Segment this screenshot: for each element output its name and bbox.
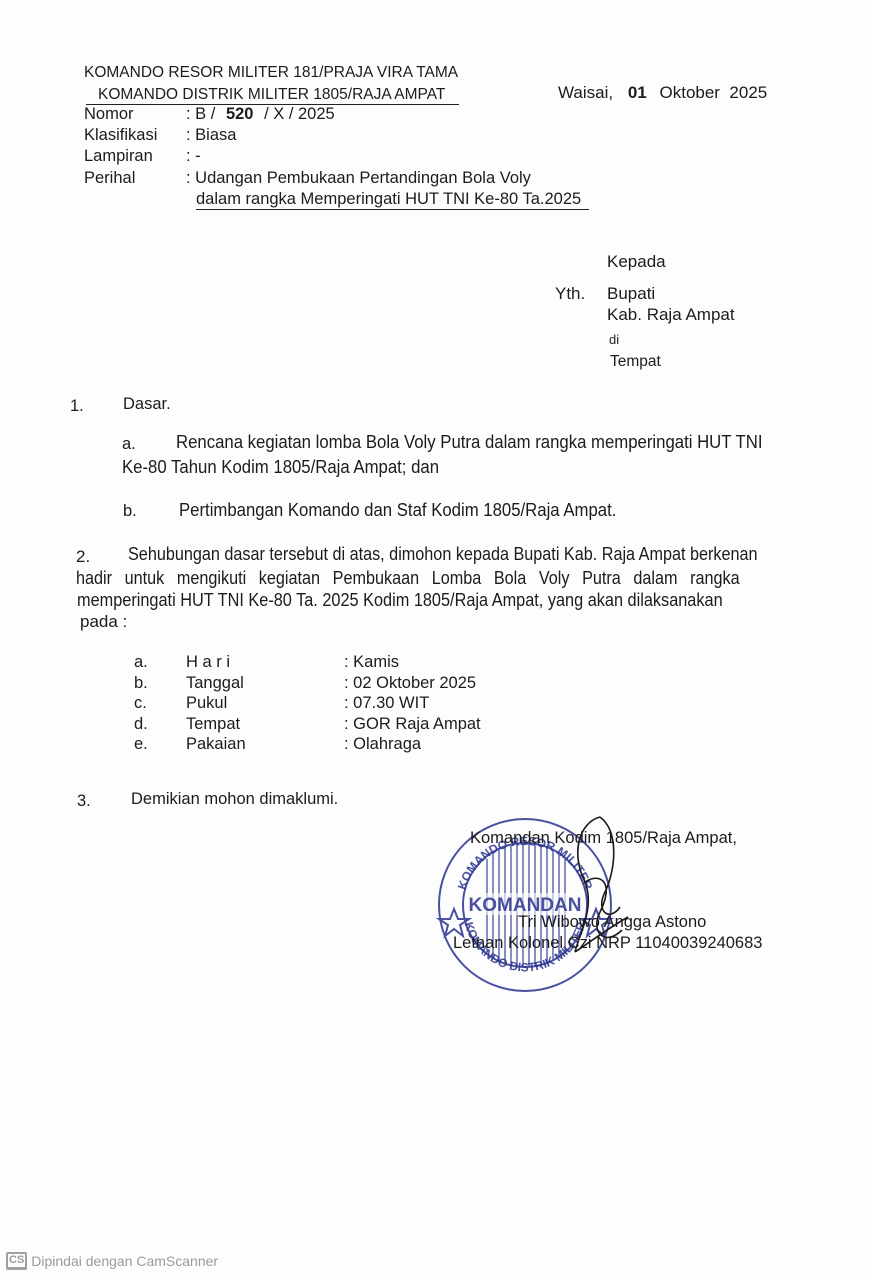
schedule-label: Pakaian	[186, 735, 246, 754]
nomor-label: Nomor	[84, 105, 134, 124]
para-1a-line-2: Ke-80 Tahun Kodim 1805/Raja Ampat; dan	[122, 457, 439, 478]
schedule-letter: e.	[134, 735, 148, 754]
recipient-kepada: Kepada	[607, 252, 666, 272]
camscanner-text: Dipindai dengan CamScanner	[31, 1253, 218, 1269]
date-month-year: Oktober 2025	[660, 83, 768, 102]
schedule-label: H a r i	[186, 653, 230, 672]
para-1a-label: a.	[122, 435, 136, 454]
camscanner-watermark: CS Dipindai dengan CamScanner	[6, 1252, 218, 1270]
schedule-label: Tanggal	[186, 674, 244, 693]
nomor-suffix: / X / 2025	[264, 105, 335, 123]
para-2-line-4: pada :	[80, 612, 127, 632]
schedule-value: : Olahraga	[344, 735, 421, 754]
header-line-1: KOMANDO RESOR MILITER 181/PRAJA VIRA TAM…	[84, 64, 458, 82]
nomor-prefix: : B /	[186, 105, 215, 123]
header-line-2: KOMANDO DISTRIK MILITER 1805/RAJA AMPAT	[86, 86, 459, 105]
schedule-value: : 07.30 WIT	[344, 694, 429, 713]
recipient-di: di	[609, 332, 619, 347]
nomor-value: : B / 520 / X / 2025	[186, 105, 335, 124]
para-1-number: 1.	[70, 397, 84, 416]
lampiran-value: : -	[186, 147, 201, 166]
para-2-number: 2.	[76, 547, 90, 567]
klasifikasi-value: : Biasa	[186, 126, 236, 145]
schedule-value: : GOR Raja Ampat	[344, 715, 481, 734]
para-3-number: 3.	[77, 792, 91, 811]
para-3-text: Demikian mohon dimaklumi.	[131, 790, 338, 809]
para-2-line-1: Sehubungan dasar tersebut di atas, dimoh…	[128, 544, 758, 565]
para-2-line-2: hadir untuk mengikuti kegiatan Pembukaan…	[76, 568, 740, 589]
para-1a-line-1: Rencana kegiatan lomba Bola Voly Putra d…	[176, 432, 763, 453]
schedule-letter: a.	[134, 653, 148, 672]
signature-name: Tri Wibowo Angga Astono	[518, 913, 706, 932]
recipient-tempat: Tempat	[610, 353, 661, 371]
schedule-label: Pukul	[186, 694, 227, 713]
schedule-letter: d.	[134, 715, 148, 734]
perihal-value-2: dalam rangka Memperingati HUT TNI Ke-80 …	[196, 190, 589, 210]
klasifikasi-label: Klasifikasi	[84, 126, 157, 145]
recipient-office: Kab. Raja Ampat	[607, 305, 735, 325]
camscanner-logo-icon: CS	[6, 1252, 27, 1270]
perihal-label: Perihal	[84, 169, 135, 188]
schedule-value: : Kamis	[344, 653, 399, 672]
letter-date: Waisai, 01 Oktober 2025	[558, 83, 767, 103]
schedule-label: Tempat	[186, 715, 240, 734]
lampiran-label: Lampiran	[84, 147, 153, 166]
schedule-letter: c.	[134, 694, 147, 713]
date-place: Waisai,	[558, 83, 613, 102]
signature-title: Komandan Kodim 1805/Raja Ampat,	[470, 829, 737, 848]
nomor-number: 520	[226, 105, 254, 123]
para-1b-text: Pertimbangan Komando dan Staf Kodim 1805…	[179, 500, 616, 521]
para-1b-label: b.	[123, 502, 137, 521]
schedule-value: : 02 Oktober 2025	[344, 674, 476, 693]
recipient-name: Bupati	[607, 284, 655, 304]
schedule-letter: b.	[134, 674, 148, 693]
recipient-yth: Yth.	[555, 284, 585, 304]
perihal-value-1: : Udangan Pembukaan Pertandingan Bola Vo…	[186, 169, 531, 188]
date-day: 01	[628, 83, 647, 102]
para-2-line-3: memperingati HUT TNI Ke-80 Ta. 2025 Kodi…	[77, 590, 723, 611]
para-1-title: Dasar.	[123, 395, 171, 414]
signature-rank-nrp: Letnan Kolonel Czi NRP 11040039240683	[453, 934, 762, 953]
